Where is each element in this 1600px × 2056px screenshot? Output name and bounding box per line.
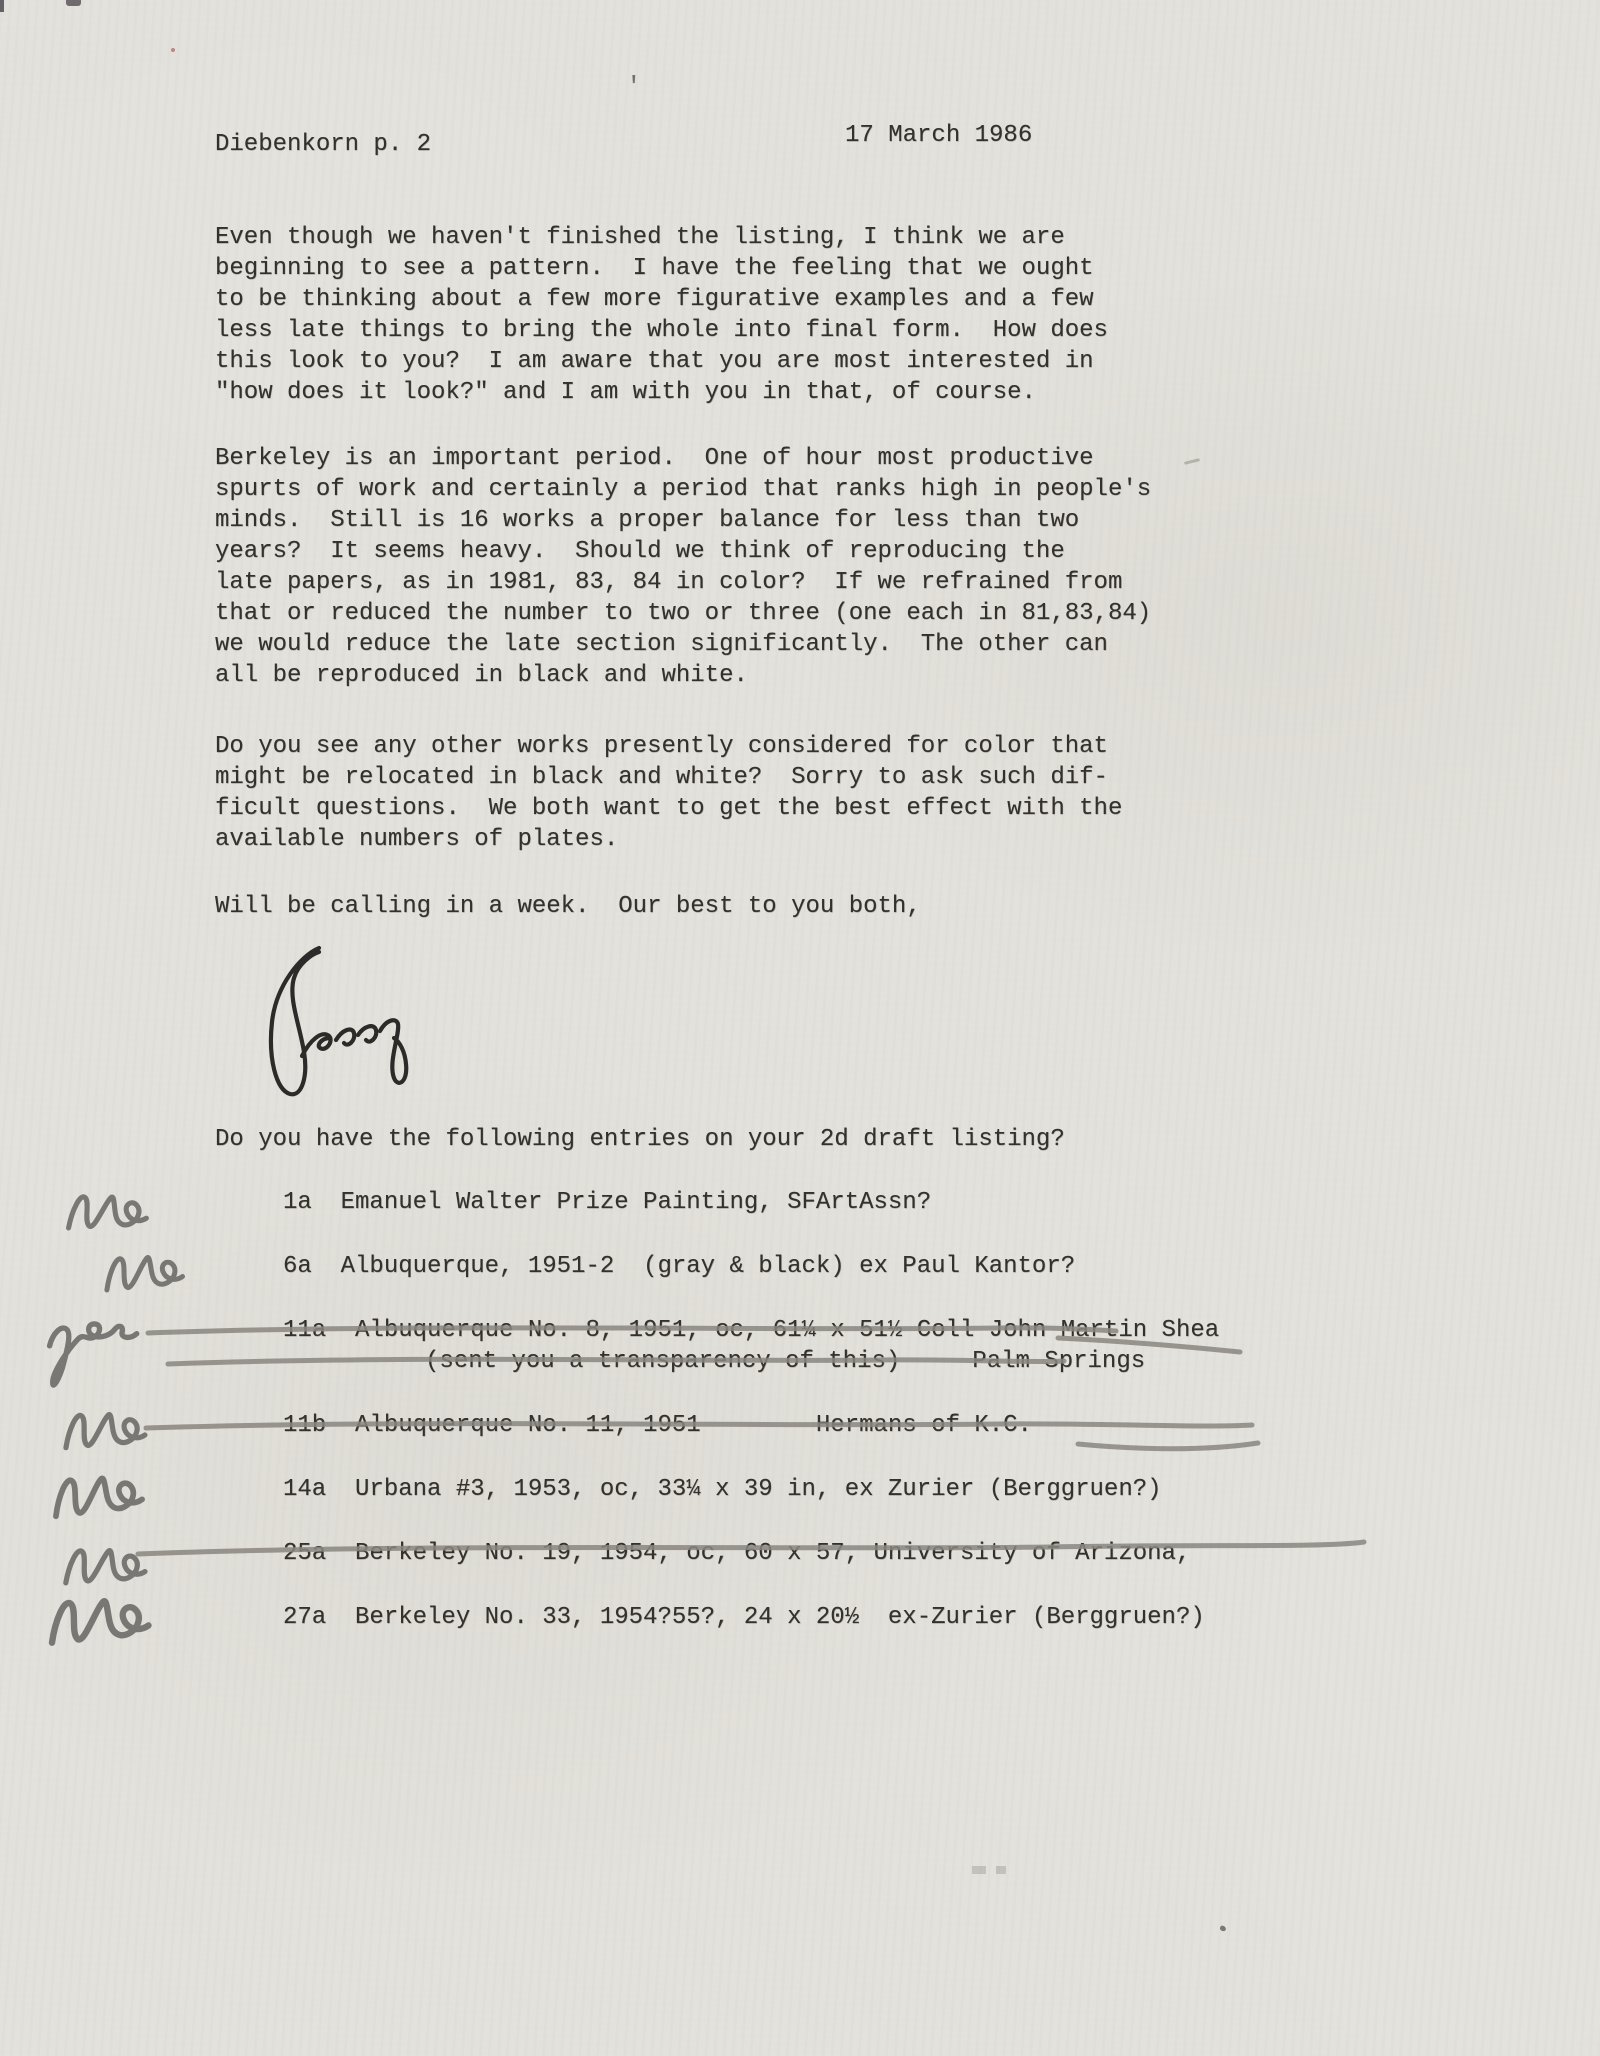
pencil-strikethroughs [0,0,1600,2056]
letter-page: ' Diebenkorn p. 2 17 March 1986 Even tho… [0,0,1600,2056]
